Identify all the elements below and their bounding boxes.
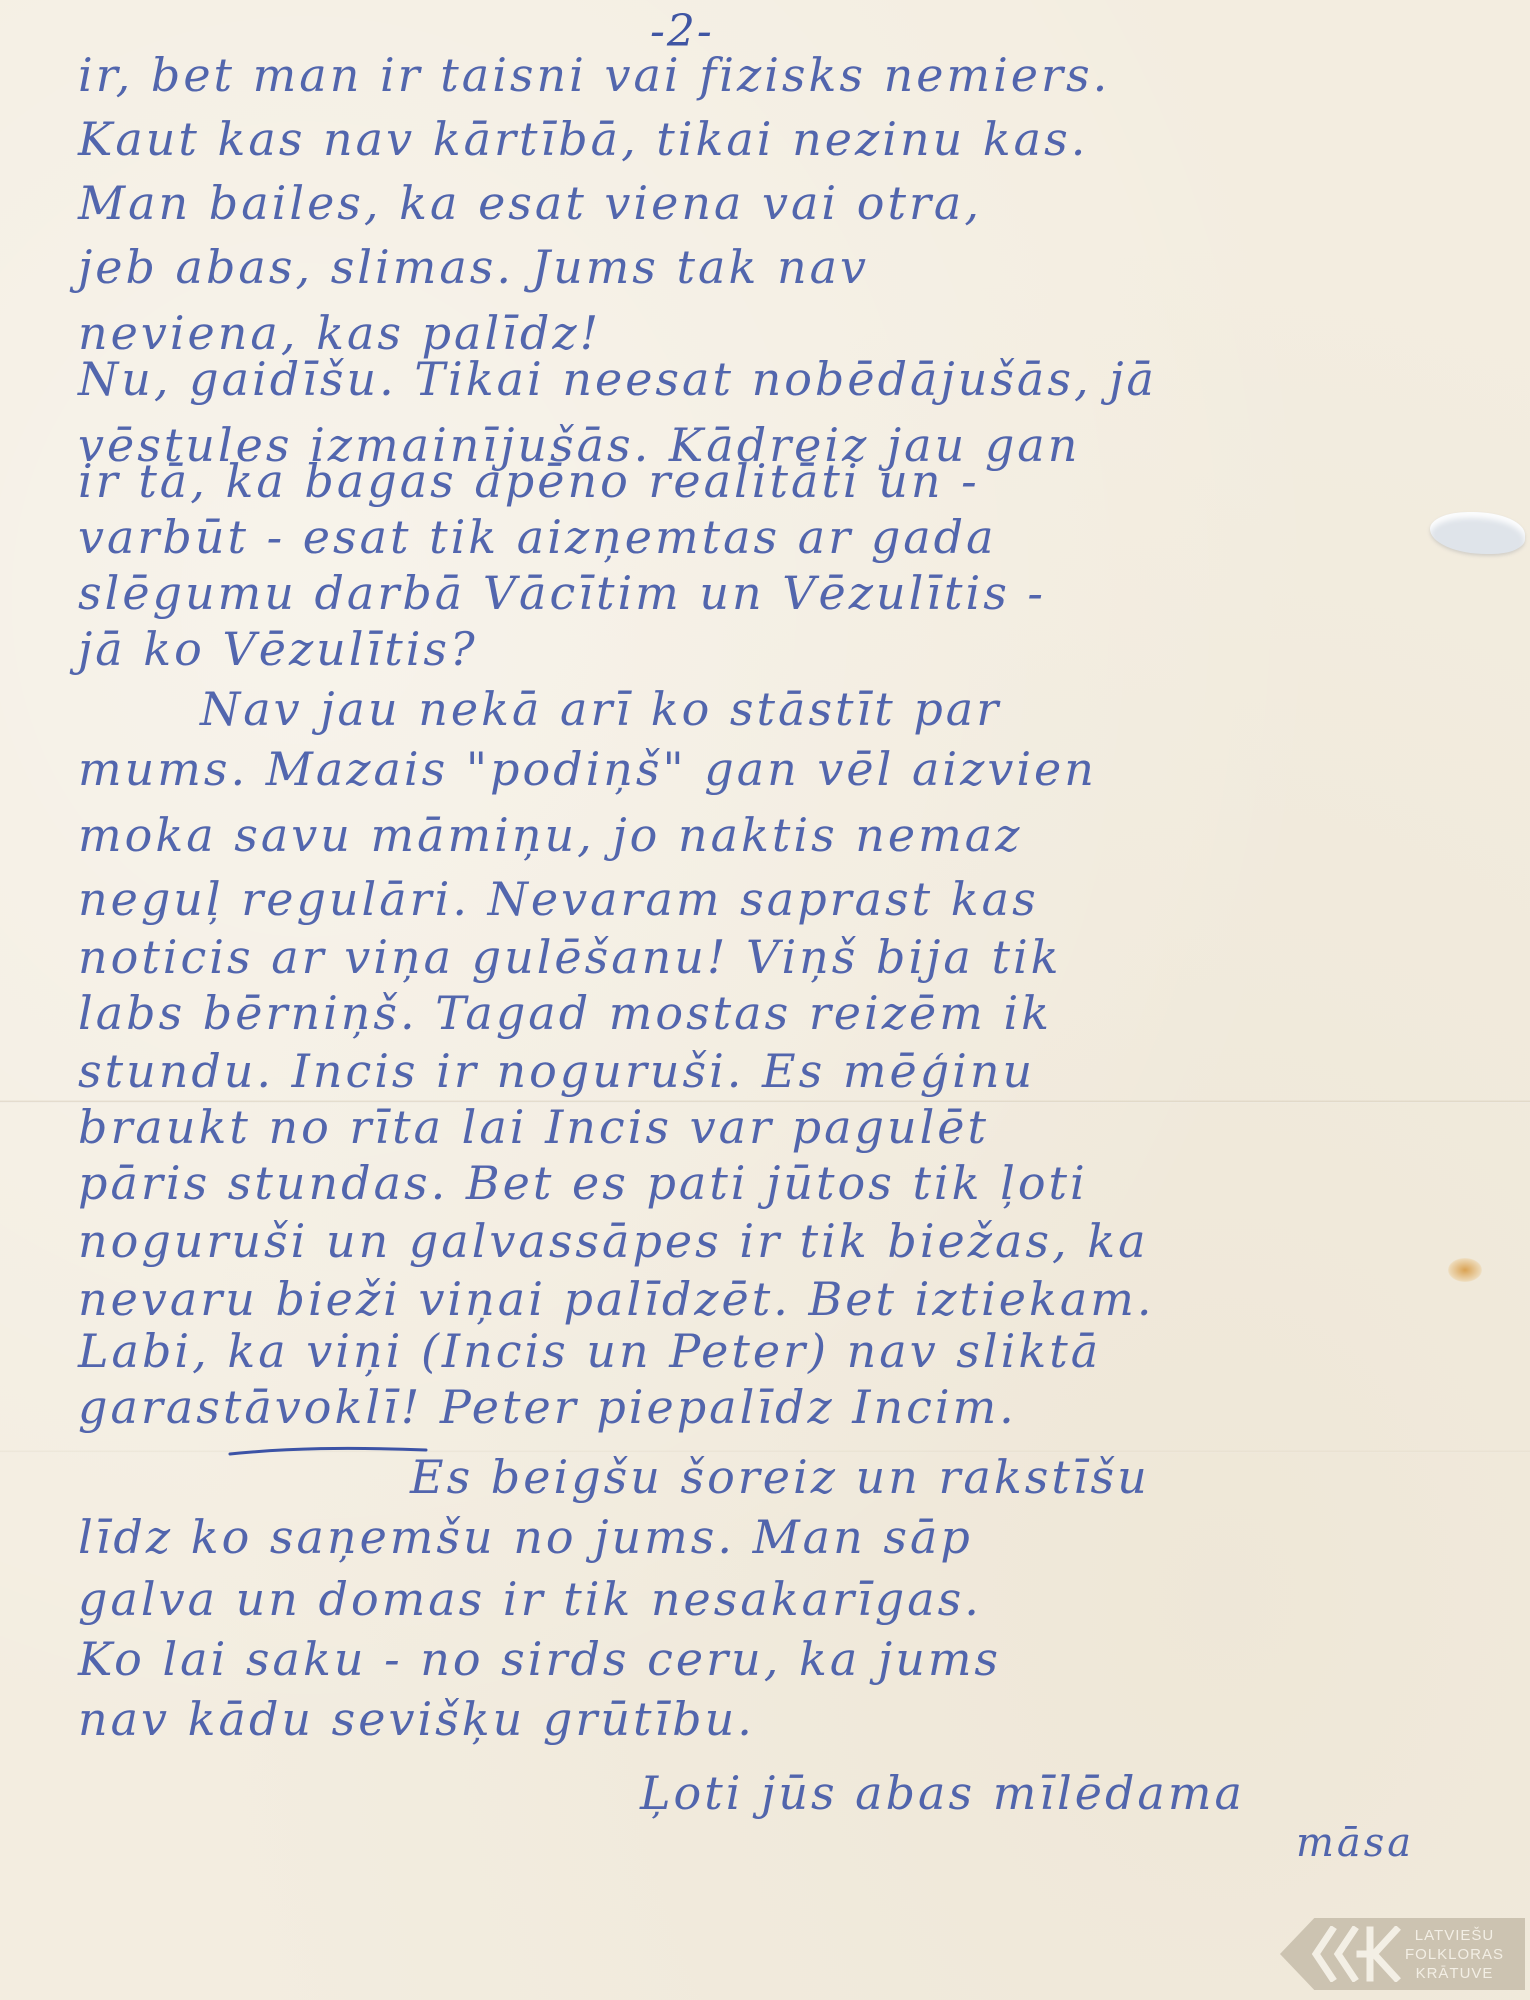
watermark-text: LATVIEŠU FOLKLORAS KRĀTUVE [1405, 1926, 1504, 1983]
letter-line: stundu. Incis ir noguruši. Es mēģinu [78, 1044, 1035, 1098]
watermark-line-2: FOLKLORAS [1405, 1945, 1504, 1964]
letter-line: Es beigšu šoreiz un rakstīšu [410, 1450, 1150, 1504]
letter-line: jeb abas, slimas. Jums tak nav [78, 240, 869, 294]
letter-line: Nav jau nekā arī ko stāstīt par [200, 682, 1001, 736]
watermark-line-3: KRĀTUVE [1405, 1964, 1504, 1983]
flourish-stroke [228, 1446, 428, 1456]
letter-line: nav kādu sevišķu grūtību. [78, 1692, 755, 1746]
letter-line: varbūt - esat tik aizņemtas ar gada [78, 510, 997, 564]
letter-line: mums. Mazais "podiņš" gan vēl aizvien [78, 742, 1097, 796]
letter-page: -2- ir, bet man ir taisni vai fizisks ne… [0, 0, 1530, 2000]
letter-line: ir tā, ka bagas apēno realitāti un - [78, 454, 980, 508]
letter-line: noticis ar viņa gulēšanu! Viņš bija tik [78, 930, 1062, 984]
letter-line: noguruši un galvassāpes ir tik biežas, k… [78, 1214, 1149, 1268]
letter-line: ir, bet man ir taisni vai fizisks nemier… [78, 48, 1110, 102]
signature: māsa [1296, 1820, 1414, 1866]
letter-line: labs bērniņš. Tagad mostas reizēm ik [78, 986, 1052, 1040]
letter-line: līdz ko saņemšu no jums. Man sāp [78, 1510, 973, 1564]
letter-line: pāris stundas. Bet es pati jūtos tik ļot… [78, 1156, 1088, 1210]
letter-line: braukt no rīta lai Incis var pagulēt [78, 1100, 989, 1154]
letter-line: slēgumu darbā Vācītim un Vēzulītis - [78, 566, 1046, 620]
letter-line: garastāvoklī! Peter piepalīdz Incim. [78, 1380, 1017, 1434]
letter-line: Ko lai saku - no sirds ceru, ka jums [78, 1632, 1001, 1686]
letter-line: moka savu māmiņu, jo naktis nemaz [78, 808, 1022, 862]
lfk-logo-icon [1310, 1926, 1406, 1982]
letter-line: galva un domas ir tik nesakarīgas. [78, 1572, 982, 1626]
letter-line: Nu, gaidīšu. Tikai neesat nobēdājušās, j… [78, 352, 1157, 406]
archive-watermark: LATVIEŠU FOLKLORAS KRĀTUVE [1280, 1918, 1525, 1990]
letter-line: Labi, ka viņi (Incis un Peter) nav slikt… [78, 1324, 1101, 1378]
watermark-badge: LATVIEŠU FOLKLORAS KRĀTUVE [1280, 1918, 1525, 1990]
letter-line: neguļ regulāri. Nevaram saprast kas [78, 872, 1039, 926]
watermark-line-1: LATVIEŠU [1405, 1926, 1504, 1945]
paper-stain [1448, 1258, 1482, 1282]
paper-tear [1430, 512, 1525, 554]
closing-salutation: Ļoti jūs abas mīlēdama [640, 1766, 1245, 1820]
letter-line: jā ko Vēzulītis? [78, 622, 478, 676]
letter-line: nevaru bieži viņai palīdzēt. Bet iztieka… [78, 1272, 1155, 1326]
letter-line: Man bailes, ka esat viena vai otra, [78, 176, 982, 230]
letter-line: Kaut kas nav kārtībā, tikai nezinu kas. [78, 112, 1088, 166]
